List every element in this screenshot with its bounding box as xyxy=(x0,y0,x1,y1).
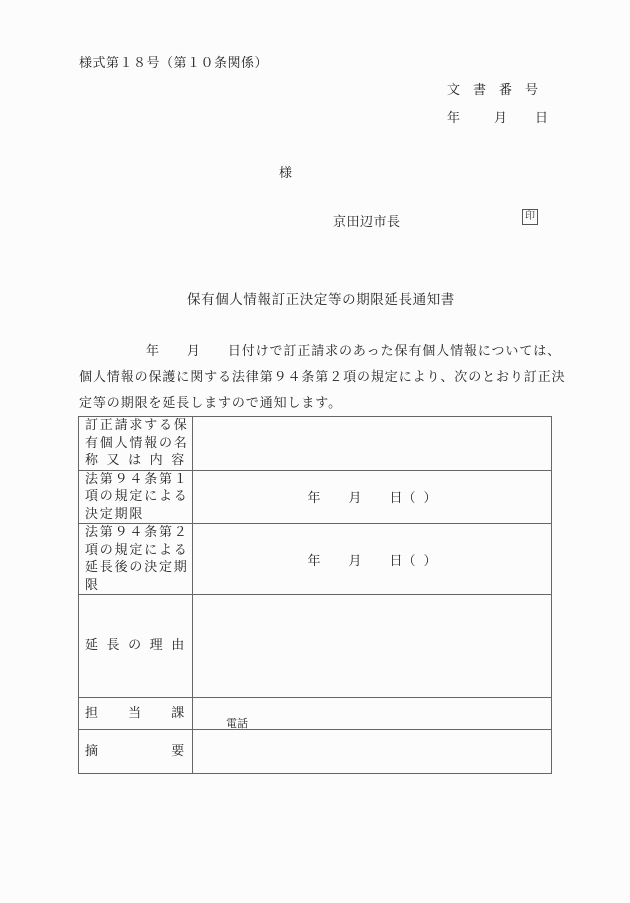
table-row-deadline: 法第９４条第１ 項の規定による 決定期限 年月日（） xyxy=(79,470,552,524)
label-char: 理 xyxy=(150,637,165,655)
label-line-spread: 担 当 課 xyxy=(85,705,189,723)
notice-table: 訂正請求する保 有個人情報の名 称 又 は 内 容 法第９４条第１ 項の規定によ… xyxy=(78,416,552,774)
row-label: 摘 要 xyxy=(79,730,193,774)
label-char: 課 xyxy=(171,705,186,723)
table-row-extended-deadline: 法第９４条第２ 項の規定による 延長後の決定期 限 年月日（） xyxy=(79,524,552,595)
department-field[interactable]: 電話 xyxy=(193,698,552,730)
label-char: 当 xyxy=(128,705,143,723)
date-year: 年 xyxy=(447,107,460,126)
label-line: 延長後の決定期 xyxy=(85,559,189,577)
body-year: 年 xyxy=(146,344,160,359)
issuer-name: 京田辺市長 xyxy=(333,211,401,230)
extended-deadline-date: 年月日（） xyxy=(307,550,436,569)
body-line-2: 個人情報の保護に関する法律第９４条第２項の規定により、次のとおり訂正決 xyxy=(79,365,554,391)
row-label: 法第９４条第１ 項の規定による 決定期限 xyxy=(79,470,193,524)
deadline-date: 年月日（） xyxy=(307,487,436,506)
date-day: 日 xyxy=(389,550,402,569)
form-number: 様式第１８号（第１０条関係） xyxy=(79,52,268,71)
document-number-label: 文書番号 xyxy=(447,79,551,98)
label-char: 内 xyxy=(150,452,165,470)
label-char: 長 xyxy=(107,637,122,655)
addressee-honorific: 様 xyxy=(279,162,292,181)
label-char: 要 xyxy=(171,743,186,761)
body-paragraph: 年月日付けで訂正請求のあった保有個人情報については、 個人情報の保護に関する法律… xyxy=(79,339,554,417)
document-title: 保有個人情報訂正決定等の期限延長通知書 xyxy=(187,288,455,308)
label-line-spread: 称 又 は 内 容 xyxy=(85,452,189,470)
label-line: 訂正請求する保 xyxy=(85,417,189,435)
weekday-paren-close: ） xyxy=(424,487,437,506)
date-year: 年 xyxy=(307,487,320,506)
label-char: 由 xyxy=(171,637,186,655)
info-name-field[interactable] xyxy=(193,417,552,471)
label-char: 容 xyxy=(171,452,186,470)
row-label: 延 長 の 理 由 xyxy=(79,595,193,698)
label-line-spread: 延 長 の 理 由 xyxy=(85,637,189,655)
label-char: は xyxy=(128,452,143,470)
body-line-3: 定等の期限を延長しますので通知します。 xyxy=(79,391,554,417)
reason-field[interactable] xyxy=(193,595,552,698)
label-line: 決定期限 xyxy=(85,506,189,524)
table-row-department: 担 当 課 電話 xyxy=(79,698,552,730)
label-line-spread: 摘 要 xyxy=(85,743,189,761)
table-row-info-name: 訂正請求する保 有個人情報の名 称 又 は 内 容 xyxy=(79,417,552,471)
table-row-reason: 延 長 の 理 由 xyxy=(79,595,552,698)
weekday-paren-open: （ xyxy=(403,550,416,569)
weekday-paren-open: （ xyxy=(403,487,416,506)
deadline-field[interactable]: 年月日（） xyxy=(193,470,552,524)
date-month: 月 xyxy=(348,550,361,569)
extended-deadline-field[interactable]: 年月日（） xyxy=(193,524,552,595)
label-char: 延 xyxy=(85,637,100,655)
label-char: 又 xyxy=(107,452,122,470)
date-year: 年 xyxy=(307,550,320,569)
date-month: 月 xyxy=(494,107,507,126)
date-month: 月 xyxy=(348,487,361,506)
label-line: 限 xyxy=(85,577,189,595)
row-label: 法第９４条第２ 項の規定による 延長後の決定期 限 xyxy=(79,524,193,595)
date-day: 日 xyxy=(389,487,402,506)
label-line: 項の規定による xyxy=(85,542,189,560)
body-line-1-text: 日付けで訂正請求のあった保有個人情報については、 xyxy=(228,344,561,359)
label-line: 有個人情報の名 xyxy=(85,435,189,453)
body-month: 月 xyxy=(187,344,201,359)
remarks-field[interactable] xyxy=(193,730,552,774)
seal-icon: 印 xyxy=(522,209,538,225)
row-label: 訂正請求する保 有個人情報の名 称 又 は 内 容 xyxy=(79,417,193,471)
table-row-remarks: 摘 要 xyxy=(79,730,552,774)
label-char: 摘 xyxy=(85,743,100,761)
label-line: 項の規定による xyxy=(85,488,189,506)
body-line-1: 年月日付けで訂正請求のあった保有個人情報については、 xyxy=(79,339,554,365)
label-line: 法第９４条第２ xyxy=(85,524,189,542)
label-char: 担 xyxy=(85,705,100,723)
row-label: 担 当 課 xyxy=(79,698,193,730)
date-day: 日 xyxy=(535,107,548,126)
issue-date: 年月日 xyxy=(447,107,548,126)
label-char: 称 xyxy=(85,452,100,470)
label-char: の xyxy=(128,637,143,655)
label-line: 法第９４条第１ xyxy=(85,471,189,489)
weekday-paren-close: ） xyxy=(424,550,437,569)
